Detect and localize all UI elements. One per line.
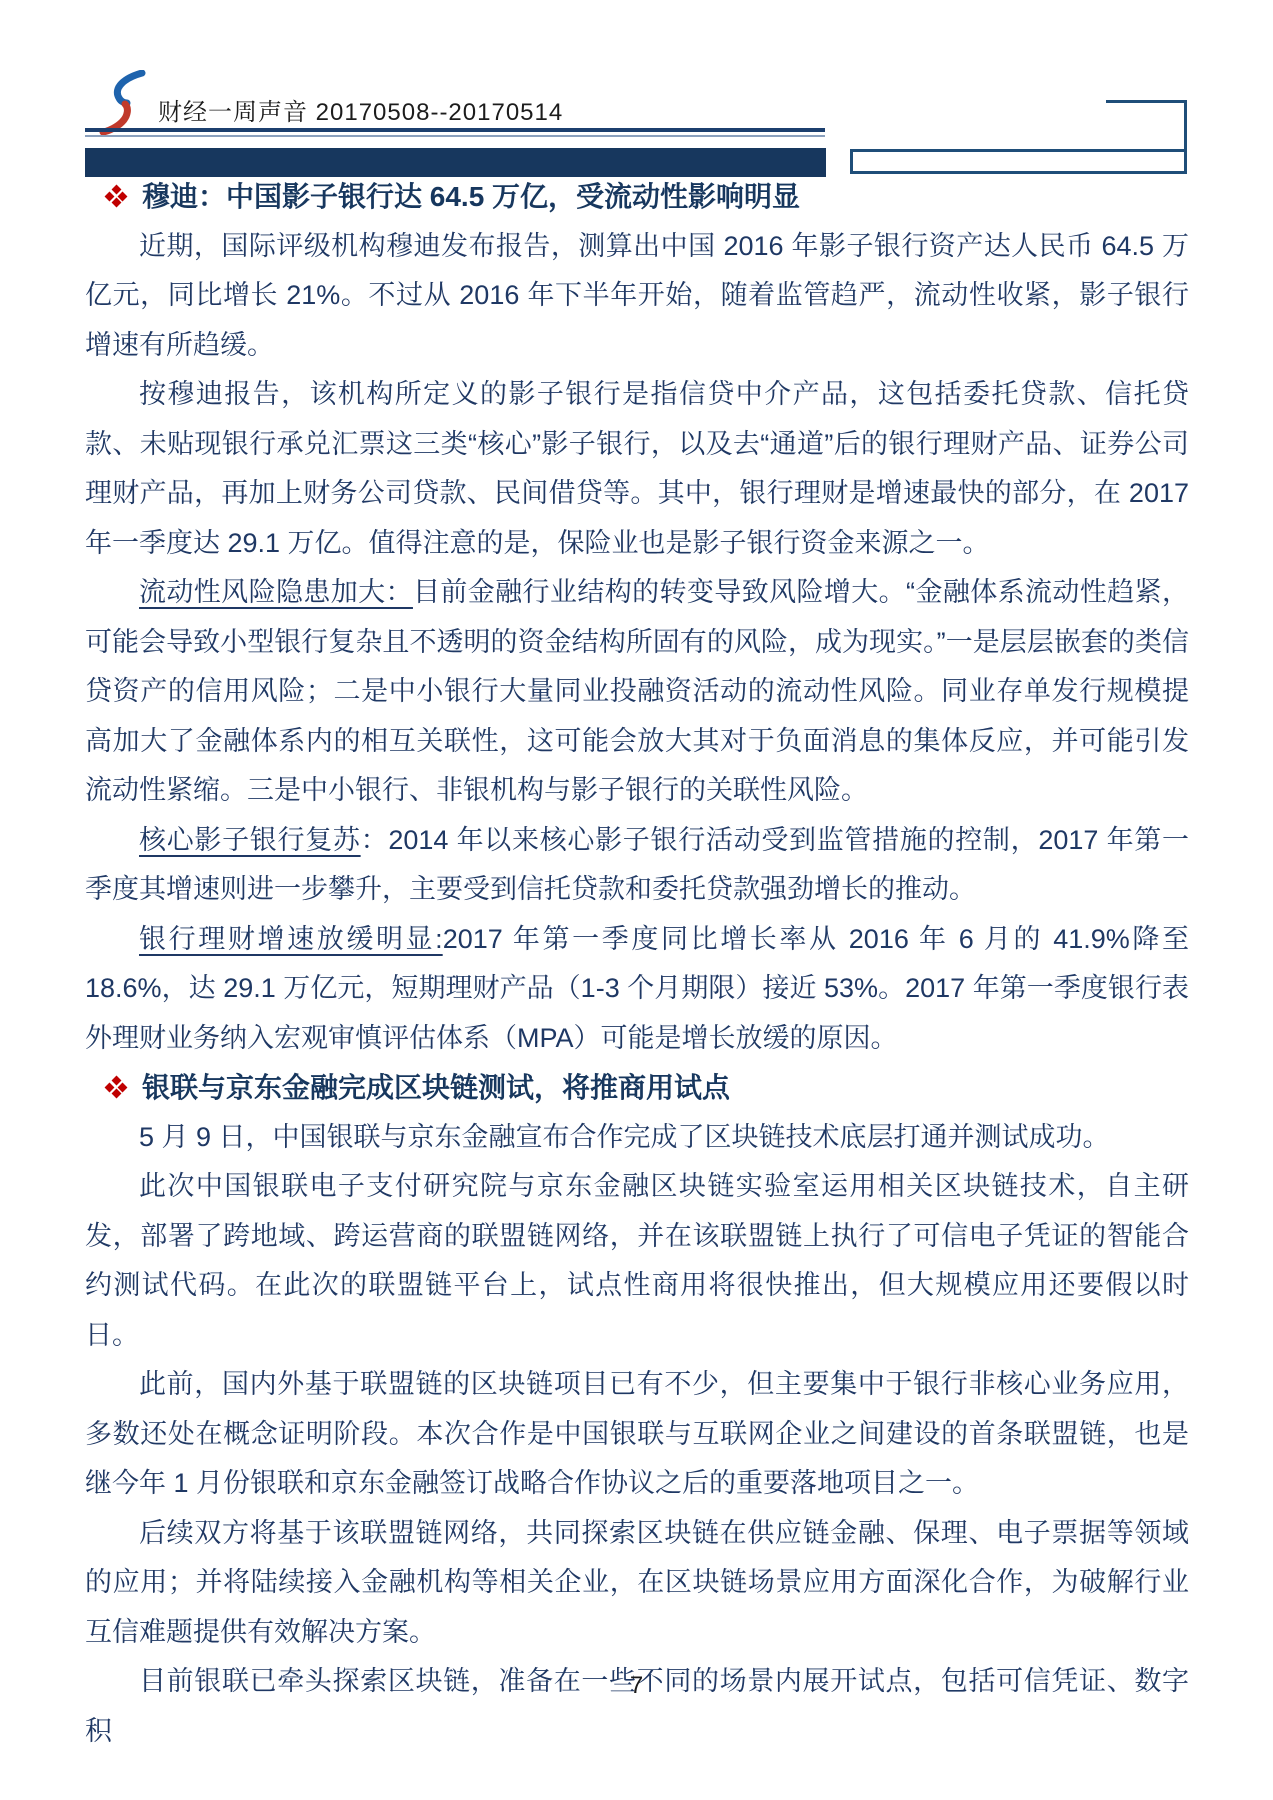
paragraph-text: 近期，国际评级机构穆迪发布报告，测算出中国 2016 年影子银行资产达人民币 6…	[85, 231, 1189, 360]
paragraph-lead-underlined: 银行理财增速放缓明显:	[139, 924, 443, 954]
paragraph: 近期，国际评级机构穆迪发布报告，测算出中国 2016 年影子银行资产达人民币 6…	[85, 222, 1189, 371]
paragraph-text: 目前金融行业结构的转变导致风险增大。“金融体系流动性趋紧，可能会导致小型银行复杂…	[85, 577, 1189, 805]
section-heading-text: 银联与京东金融完成区块链测试，将推商用试点	[142, 1063, 1189, 1113]
paragraph-lead-underlined: 核心影子银行复苏	[139, 825, 361, 855]
decorative-box-small	[1106, 100, 1187, 152]
document-page: 财经一周声音 20170508--20170514 穆迪：中国影子银行达 64.…	[0, 0, 1273, 1800]
paragraph: 银行理财增速放缓明显:2017 年第一季度同比增长率从 2016 年 6 月的 …	[85, 915, 1189, 1064]
paragraph-text: 按穆迪报告，该机构所定义的影子银行是指信贷中介产品，这包括委托贷款、信托贷款、未…	[85, 379, 1189, 558]
section-heading: 穆迪：中国影子银行达 64.5 万亿，受流动性影响明显	[85, 172, 1189, 222]
paragraph: 此次中国银联电子支付研究院与京东金融区块链实验室运用相关区块链技术，自主研发，部…	[85, 1162, 1189, 1360]
paragraph: 后续双方将基于该联盟链网络，共同探索区块链在供应链金融、保理、电子票据等领域的应…	[85, 1509, 1189, 1658]
section-heading: 银联与京东金融完成区块链测试，将推商用试点	[85, 1063, 1189, 1113]
header-title: 财经一周声音 20170508--20170514	[158, 92, 563, 127]
diamond-bullet-icon	[106, 1077, 126, 1097]
paragraph-text: 此次中国银联电子支付研究院与京东金融区块链实验室运用相关区块链技术，自主研发，部…	[85, 1171, 1189, 1350]
document-body: 穆迪：中国影子银行达 64.5 万亿，受流动性影响明显 近期，国际评级机构穆迪发…	[85, 172, 1189, 1756]
paragraph: 按穆迪报告，该机构所定义的影子银行是指信贷中介产品，这包括委托贷款、信托贷款、未…	[85, 370, 1189, 568]
paragraph: 流动性风险隐患加大：目前金融行业结构的转变导致风险增大。“金融体系流动性趋紧，可…	[85, 568, 1189, 816]
header-rule-thin	[85, 135, 825, 137]
paragraph: 此前，国内外基于联盟链的区块链项目已有不少，但主要集中于银行非核心业务应用，多数…	[85, 1360, 1189, 1509]
paragraph: 核心影子银行复苏：2014 年以来核心影子银行活动受到监管措施的控制，2017 …	[85, 816, 1189, 915]
diamond-bullet-icon	[106, 186, 126, 206]
brand-logo-icon	[98, 70, 148, 136]
paragraph-text: 后续双方将基于该联盟链网络，共同探索区块链在供应链金融、保理、电子票据等领域的应…	[85, 1518, 1189, 1647]
paragraph-text: 5 月 9 日，中国银联与京东金融宣布合作完成了区块链技术底层打通并测试成功。	[139, 1122, 1110, 1152]
page-number: 7	[0, 1672, 1273, 1700]
paragraph: 5 月 9 日，中国银联与京东金融宣布合作完成了区块链技术底层打通并测试成功。	[85, 1113, 1189, 1163]
paragraph-text: 此前，国内外基于联盟链的区块链项目已有不少，但主要集中于银行非核心业务应用，多数…	[85, 1369, 1189, 1498]
decorative-box-wide	[850, 149, 1187, 174]
section-heading-text: 穆迪：中国影子银行达 64.5 万亿，受流动性影响明显	[142, 172, 1189, 222]
header-rule	[85, 128, 825, 132]
paragraph-lead-underlined: 流动性风险隐患加大：	[139, 577, 413, 607]
